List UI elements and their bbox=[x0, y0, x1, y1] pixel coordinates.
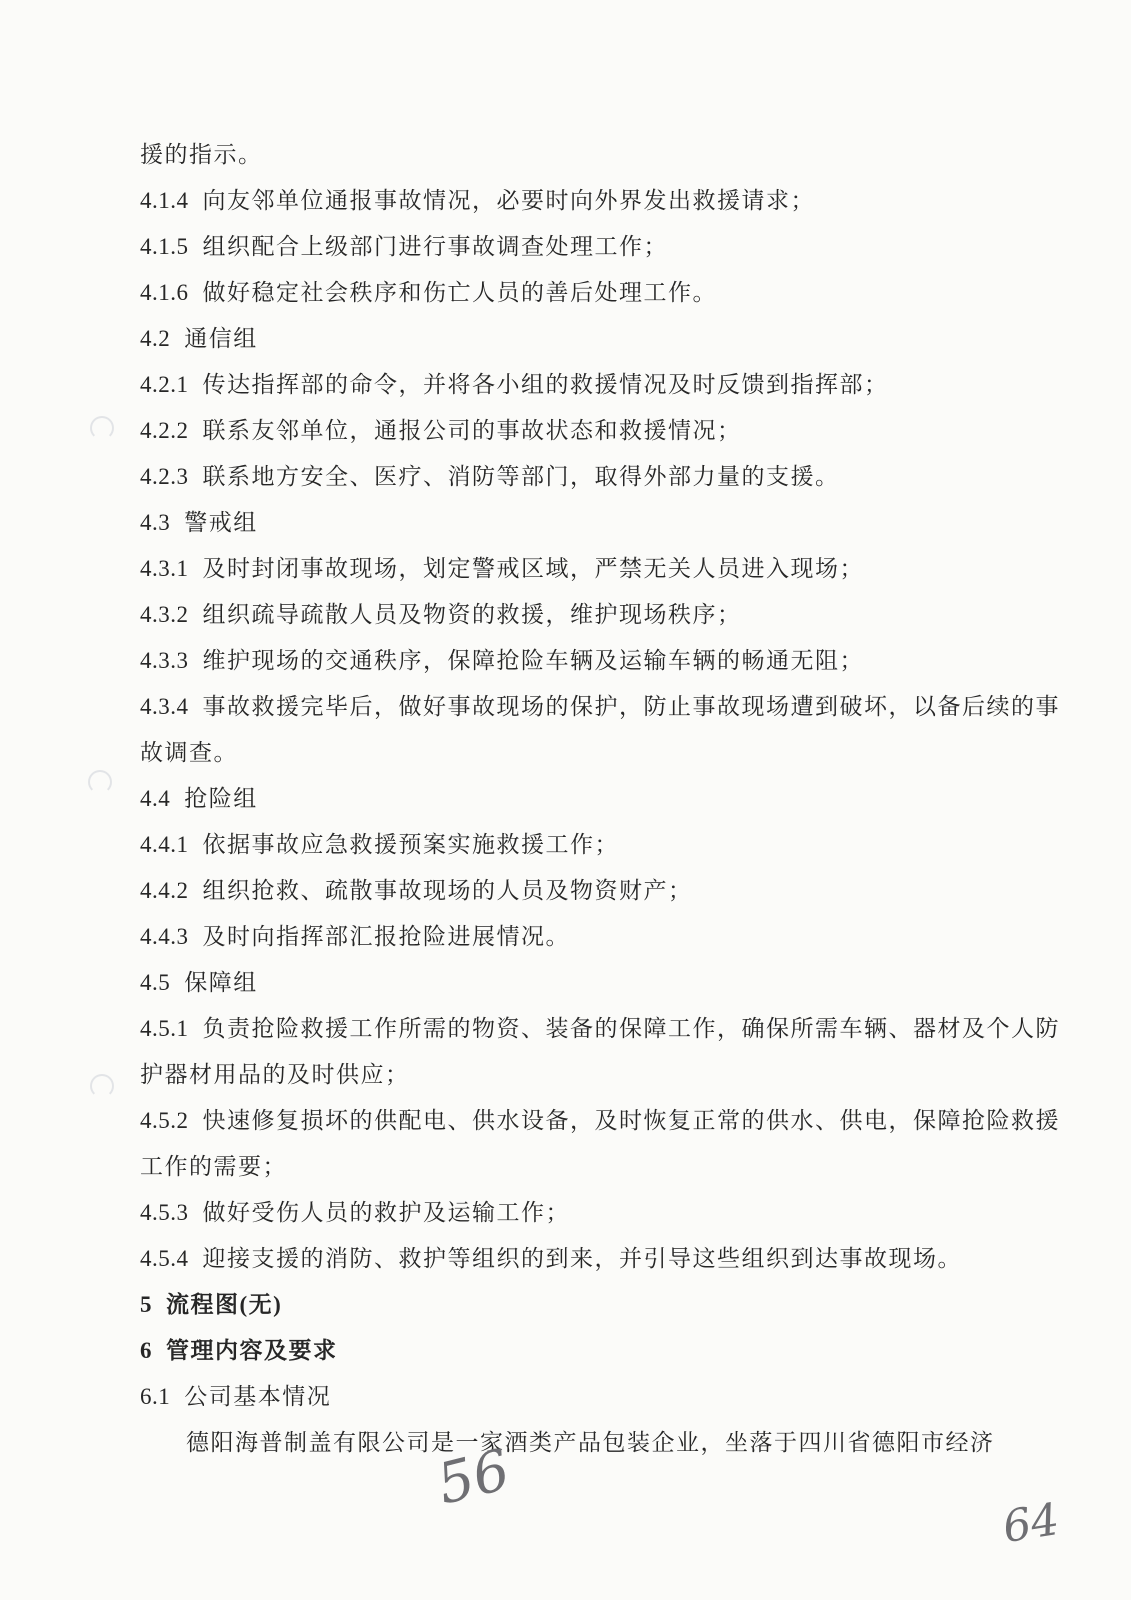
document-line: 4.3.1及时封闭事故现场，划定警戒区域，严禁无关人员进入现场； bbox=[140, 546, 1080, 592]
clause-text: 警戒组 bbox=[184, 510, 258, 535]
document-line: 援的指示。 bbox=[140, 132, 1080, 178]
clause-text: 快速修复损坏的供配电、供水设备，及时恢复正常的供水、供电，保障抢险救援 bbox=[203, 1108, 1061, 1133]
clause-number: 4.5.2 bbox=[140, 1108, 189, 1133]
clause-number: 4.4.1 bbox=[140, 832, 189, 857]
clause-text: 向友邻单位通报事故情况，必要时向外界发出救援请求； bbox=[203, 188, 816, 213]
clause-text: 工作的需要； bbox=[140, 1154, 287, 1179]
document-line: 4.1.6做好稳定社会秩序和伤亡人员的善后处理工作。 bbox=[140, 270, 1080, 316]
clause-text: 护器材用品的及时供应； bbox=[140, 1062, 410, 1087]
clause-text: 负责抢险救援工作所需的物资、装备的保障工作，确保所需车辆、器材及个人防 bbox=[203, 1016, 1061, 1041]
document-line: 工作的需要； bbox=[140, 1144, 1080, 1190]
scanned-document-page: 援的指示。 4.1.4向友邻单位通报事故情况，必要时向外界发出救援请求； 4.1… bbox=[0, 0, 1131, 1600]
clause-number: 4.3 bbox=[140, 510, 170, 535]
clause-number: 4.4.2 bbox=[140, 878, 189, 903]
clause-number: 4.2.2 bbox=[140, 418, 189, 443]
clause-text: 迎接支援的消防、救护等组织的到来，并引导这些组织到达事故现场。 bbox=[203, 1246, 963, 1271]
document-line: 4.3警戒组 bbox=[140, 500, 1080, 546]
clause-number: 4.3.1 bbox=[140, 556, 189, 581]
clause-text: 援的指示。 bbox=[140, 142, 263, 167]
clause-text: 公司基本情况 bbox=[184, 1384, 331, 1409]
clause-number: 4.1.5 bbox=[140, 234, 189, 259]
document-line: 4.4.3及时向指挥部汇报抢险进展情况。 bbox=[140, 914, 1080, 960]
document-line: 4.1.5组织配合上级部门进行事故调查处理工作； bbox=[140, 224, 1080, 270]
scan-artifact bbox=[88, 770, 112, 794]
clause-number: 5 bbox=[140, 1292, 152, 1317]
clause-number: 4.2.1 bbox=[140, 372, 189, 397]
clause-text: 管理内容及要求 bbox=[166, 1338, 338, 1363]
clause-text: 依据事故应急救援预案实施救援工作； bbox=[203, 832, 620, 857]
clause-text: 组织抢救、疏散事故现场的人员及物资财产； bbox=[203, 878, 693, 903]
clause-text: 流程图(无) bbox=[166, 1292, 282, 1317]
clause-text: 故调查。 bbox=[140, 740, 238, 765]
clause-number: 4.5 bbox=[140, 970, 170, 995]
clause-number: 4.2.3 bbox=[140, 464, 189, 489]
clause-number: 4.1.4 bbox=[140, 188, 189, 213]
clause-number: 4.5.4 bbox=[140, 1246, 189, 1271]
document-line: 4.3.3维护现场的交通秩序，保障抢险车辆及运输车辆的畅通无阻； bbox=[140, 638, 1080, 684]
document-line: 6管理内容及要求 bbox=[140, 1328, 1080, 1374]
document-line: 4.5.4迎接支援的消防、救护等组织的到来，并引导这些组织到达事故现场。 bbox=[140, 1236, 1080, 1282]
clause-number: 4.5.1 bbox=[140, 1016, 189, 1041]
document-line: 4.5.1负责抢险救援工作所需的物资、装备的保障工作，确保所需车辆、器材及个人防 bbox=[140, 1006, 1080, 1052]
clause-text: 通信组 bbox=[184, 326, 258, 351]
clause-number: 6 bbox=[140, 1338, 152, 1363]
document-line: 故调查。 bbox=[140, 730, 1080, 776]
clause-text: 做好稳定社会秩序和伤亡人员的善后处理工作。 bbox=[203, 280, 718, 305]
document-line: 德阳海普制盖有限公司是一家酒类产品包装企业，坐落于四川省德阳市经济 bbox=[140, 1420, 1080, 1466]
clause-text: 传达指挥部的命令，并将各小组的救援情况及时反馈到指挥部； bbox=[203, 372, 889, 397]
document-line: 4.3.4事故救援完毕后，做好事故现场的保护，防止事故现场遭到破坏，以备后续的事 bbox=[140, 684, 1080, 730]
scan-artifact bbox=[90, 1074, 114, 1098]
document-line: 4.4抢险组 bbox=[140, 776, 1080, 822]
clause-number: 4.5.3 bbox=[140, 1200, 189, 1225]
document-line: 4.2通信组 bbox=[140, 316, 1080, 362]
clause-text: 及时向指挥部汇报抢险进展情况。 bbox=[203, 924, 571, 949]
document-line: 4.2.3联系地方安全、医疗、消防等部门，取得外部力量的支援。 bbox=[140, 454, 1080, 500]
document-line: 护器材用品的及时供应； bbox=[140, 1052, 1080, 1098]
clause-number: 4.4 bbox=[140, 786, 170, 811]
clause-number: 4.3.3 bbox=[140, 648, 189, 673]
clause-text: 抢险组 bbox=[184, 786, 258, 811]
document-line: 4.5.2快速修复损坏的供配电、供水设备，及时恢复正常的供水、供电，保障抢险救援 bbox=[140, 1098, 1080, 1144]
document-line: 4.4.1依据事故应急救援预案实施救援工作； bbox=[140, 822, 1080, 868]
handwritten-folio-number: 64 bbox=[999, 1494, 1062, 1553]
clause-text: 联系友邻单位，通报公司的事故状态和救援情况； bbox=[203, 418, 742, 443]
clause-text: 组织疏导疏散人员及物资的救援，维护现场秩序； bbox=[203, 602, 742, 627]
clause-text: 事故救援完毕后，做好事故现场的保护，防止事故现场遭到破坏，以备后续的事 bbox=[203, 694, 1061, 719]
document-line: 6.1公司基本情况 bbox=[140, 1374, 1080, 1420]
clause-text: 维护现场的交通秩序，保障抢险车辆及运输车辆的畅通无阻； bbox=[203, 648, 865, 673]
clause-number: 4.1.6 bbox=[140, 280, 189, 305]
clause-number: 4.4.3 bbox=[140, 924, 189, 949]
document-line: 4.5保障组 bbox=[140, 960, 1080, 1006]
document-line: 4.4.2组织抢救、疏散事故现场的人员及物资财产； bbox=[140, 868, 1080, 914]
clause-text: 德阳海普制盖有限公司是一家酒类产品包装企业，坐落于四川省德阳市经济 bbox=[186, 1430, 995, 1455]
clause-text: 联系地方安全、医疗、消防等部门，取得外部力量的支援。 bbox=[203, 464, 840, 489]
clause-text: 保障组 bbox=[184, 970, 258, 995]
document-line: 4.1.4向友邻单位通报事故情况，必要时向外界发出救援请求； bbox=[140, 178, 1080, 224]
clause-text: 做好受伤人员的救护及运输工作； bbox=[203, 1200, 571, 1225]
clause-number: 4.2 bbox=[140, 326, 170, 351]
document-line: 4.2.2联系友邻单位，通报公司的事故状态和救援情况； bbox=[140, 408, 1080, 454]
document-line: 4.3.2组织疏导疏散人员及物资的救援，维护现场秩序； bbox=[140, 592, 1080, 638]
clause-number: 6.1 bbox=[140, 1384, 170, 1409]
document-line: 4.2.1传达指挥部的命令，并将各小组的救援情况及时反馈到指挥部； bbox=[140, 362, 1080, 408]
document-line: 5流程图(无) bbox=[140, 1282, 1080, 1328]
document-body: 援的指示。 4.1.4向友邻单位通报事故情况，必要时向外界发出救援请求； 4.1… bbox=[140, 132, 1080, 1466]
clause-number: 4.3.4 bbox=[140, 694, 189, 719]
scan-artifact bbox=[90, 416, 114, 440]
clause-text: 组织配合上级部门进行事故调查处理工作； bbox=[203, 234, 669, 259]
clause-text: 及时封闭事故现场，划定警戒区域，严禁无关人员进入现场； bbox=[203, 556, 865, 581]
document-line: 4.5.3做好受伤人员的救护及运输工作； bbox=[140, 1190, 1080, 1236]
clause-number: 4.3.2 bbox=[140, 602, 189, 627]
